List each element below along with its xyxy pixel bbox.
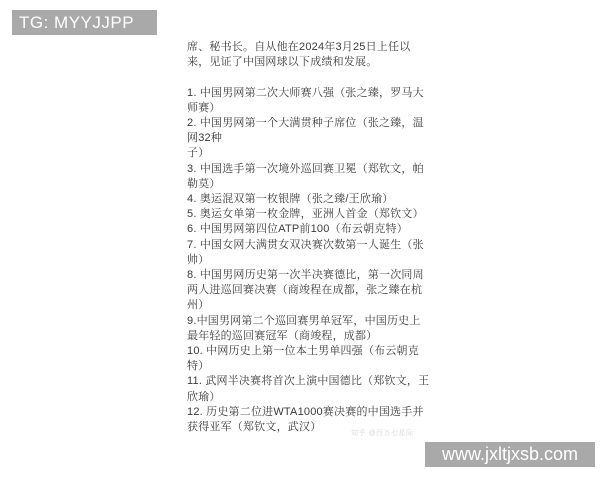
text-line: 师赛） (187, 101, 423, 116)
text-line: 3. 中国选手第一次境外巡回赛卫冕（郑钦文，帕 (187, 162, 423, 177)
telegram-watermark-label: TG: MYYJJPP (19, 13, 134, 33)
text-line: 州） (187, 298, 423, 313)
website-watermark-badge: www.jxltjxsb.com (425, 442, 595, 467)
text-line: 最年轻的巡回赛冠军（商竣程，成都） (187, 329, 423, 344)
text-line: 10. 中网历史上第一位本土男单四强（布云朝克 (187, 344, 423, 359)
page: { "page": { "background_color": "#ffffff… (0, 0, 600, 480)
text-line (187, 70, 423, 85)
text-line: 欣瑜） (187, 390, 423, 405)
text-line: 网32种 (187, 131, 423, 146)
text-line: 两人进巡回赛决赛（商竣程在成都，张之臻在杭 (187, 283, 423, 298)
text-line: 5. 奥运女单第一枚金牌，亚洲人首金（郑钦文） (187, 207, 423, 222)
text-line: 特） (187, 359, 423, 374)
telegram-watermark-badge: TG: MYYJJPP (12, 10, 157, 35)
zhihu-watermark-label: 知乎 @西万七星际 (351, 428, 414, 438)
text-line: 6. 中国男网第四位ATP前100（布云朝克特） (187, 222, 423, 237)
text-line: 来，见证了中国网球以下成绩和发展。 (187, 55, 423, 70)
text-line: 12. 历史第二位进WTA1000赛决赛的中国选手并 (187, 405, 423, 420)
website-watermark-label: www.jxltjxsb.com (442, 444, 578, 465)
text-line: 帅） (187, 253, 423, 268)
article-text-block: 席、秘书长。自从他在2024年3月25日上任以来，见证了中国网球以下成绩和发展。… (187, 40, 423, 435)
text-line: 席、秘书长。自从他在2024年3月25日上任以 (187, 40, 423, 55)
text-line: 11. 武网半决赛将首次上演中国德比（郑钦文，王 (187, 374, 423, 389)
text-line: 2. 中国男网第一个大满贯种子席位（张之臻，温 (187, 116, 423, 131)
text-line: 9.中国男网第二个巡回赛男单冠军，中国历史上 (187, 314, 423, 329)
text-line: 4. 奥运混双第一枚银牌（张之臻/王欣瑜） (187, 192, 423, 207)
text-line: 子） (187, 146, 423, 161)
text-line: 勒莫） (187, 177, 423, 192)
text-line: 1. 中国男网第二次大师赛八强（张之臻，罗马大 (187, 86, 423, 101)
text-line: 8. 中国男网历史第一次半决赛德比，第一次同周 (187, 268, 423, 283)
text-line: 7. 中国女网大满贯女双决赛次数第一人诞生（张 (187, 238, 423, 253)
